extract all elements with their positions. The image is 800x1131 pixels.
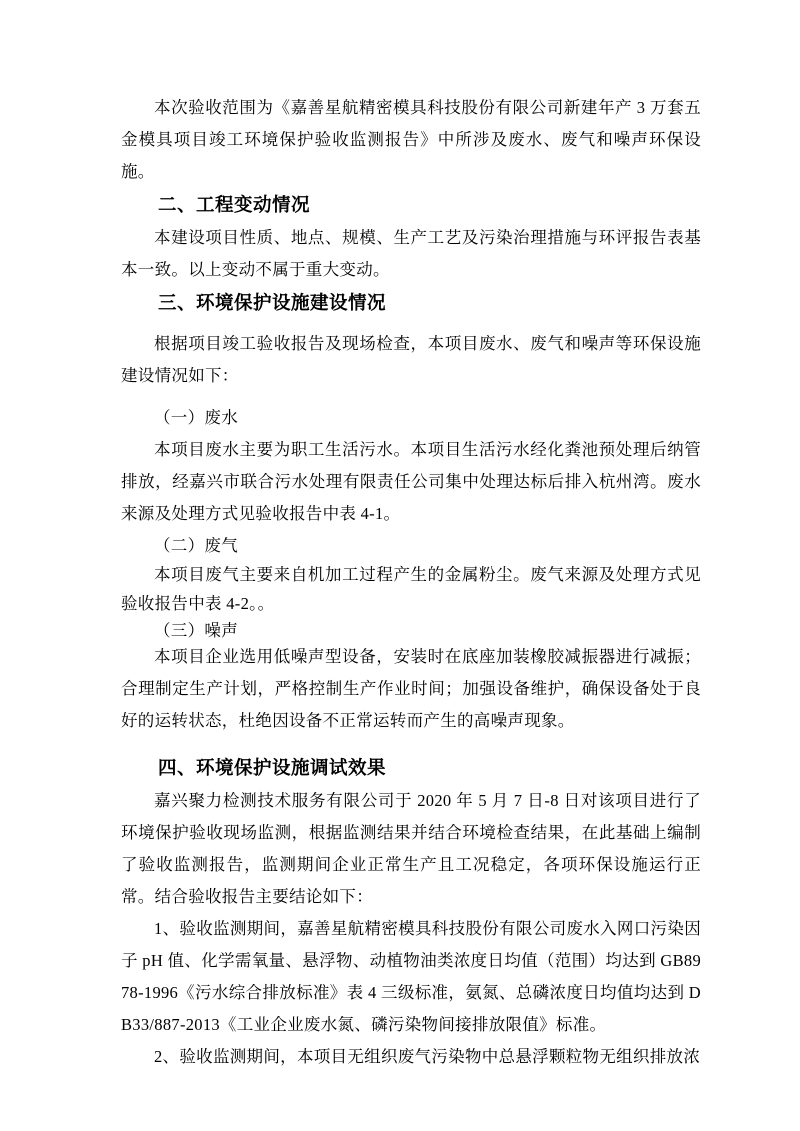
paragraph-waste-gas: 本项目废气主要来自机加工过程产生的金属粉尘。废气来源及处理方式见验收报告中表 4… (121, 560, 701, 618)
heading-project-changes: 二、工程变动情况 (121, 190, 701, 222)
subheading-wastewater: （一）废水 (121, 402, 701, 434)
document-content: 本次验收范围为《嘉善星航精密模具科技股份有限公司新建年产 3 万套五金模具项目竣… (0, 0, 800, 1073)
heading-env-facility-construction: 三、环境保护设施建设情况 (121, 288, 701, 320)
heading-env-facility-commissioning: 四、环境保护设施调试效果 (121, 753, 701, 785)
paragraph-project-changes: 本建设项目性质、地点、规模、生产工艺及污染治理措施与环评报告表基本一致。以上变动… (121, 222, 701, 286)
paragraph-noise: 本项目企业选用低噪声型设备，安装时在底座加装橡胶减振器进行减振；合理制定生产计划… (121, 641, 701, 737)
paragraph-commissioning-intro: 嘉兴聚力检测技术服务有限公司于 2020 年 5 月 7 日-8 日对该项目进行… (121, 785, 701, 913)
subheading-waste-gas: （二）废气 (121, 530, 701, 562)
paragraph-facility-construction-intro: 根据项目竣工验收报告及现场检查，本项目废水、废气和噪声等环保设施建设情况如下： (121, 328, 701, 392)
paragraph-wastewater: 本项目废水主要为职工生活污水。本项目生活污水经化粪池预处理后纳管排放，经嘉兴市联… (121, 434, 701, 530)
paragraph-conclusion-2: 2、验收监测期间，本项目无组织废气污染物中总悬浮颗粒物无组织排放浓 (121, 1041, 701, 1073)
paragraph-conclusion-1: 1、验收监测期间，嘉善星航精密模具科技股份有限公司废水入网口污染因子 pH 值、… (121, 913, 701, 1041)
document-page: 本次验收范围为《嘉善星航精密模具科技股份有限公司新建年产 3 万套五金模具项目竣… (0, 0, 800, 1131)
paragraph-acceptance-scope: 本次验收范围为《嘉善星航精密模具科技股份有限公司新建年产 3 万套五金模具项目竣… (121, 92, 701, 188)
